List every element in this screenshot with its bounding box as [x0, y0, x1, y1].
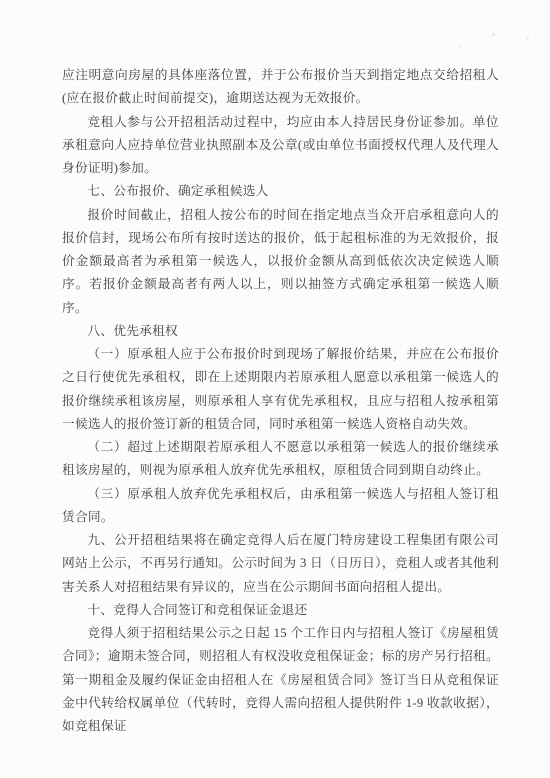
document-paragraph: （三）原承租人放弃优先承租权后，由承租第一候选人与招租人签订租赁合同。 — [62, 483, 499, 530]
document-paragraph: 竞得人须于招租结果公示之日起 15 个工作日内与招租人签订《房屋租赁合同》；逾期… — [62, 622, 499, 738]
section-heading: 十、竞得人合同签订和竞租保证金退还 — [62, 599, 499, 622]
scan-speck — [459, 46, 461, 48]
scanned-page: 应注明意向房屋的具体座落位置，并于公布报价当天到指定地点交给招租人(应在报价截止… — [0, 0, 550, 778]
section-heading: 八、优先承租权 — [62, 320, 499, 343]
document-paragraph: （二）超过上述期限若原承租人不愿意以承租第一候选人的报价继续承租该房屋的，则视为… — [62, 436, 499, 483]
document-paragraph: 竞租人参与公开招租活动过程中，均应由本人持居民身份证参加。单位承租意向人应持单位… — [62, 111, 499, 181]
document-paragraph: （一）原承租人应于公布报价时到现场了解报价结果，并应在公布报价之日行使优先承租权… — [62, 343, 499, 436]
scan-speck — [526, 37, 529, 39]
document-paragraph: 应注明意向房屋的具体座落位置，并于公布报价当天到指定地点交给招租人(应在报价截止… — [62, 64, 499, 111]
section-heading: 七、公布报价、确定承租候选人 — [62, 180, 499, 203]
scan-speck — [492, 33, 495, 36]
document-text: 应注明意向房屋的具体座落位置，并于公布报价当天到指定地点交给招租人(应在报价截止… — [62, 64, 499, 738]
document-paragraph: 九、公开招租结果将在确定竞得人后在厦门特房建设工程集团有限公司网站上公示，不再另… — [62, 529, 499, 599]
document-paragraph: 报价时间截止，招租人按公布的时间在指定地点当众开启承租意向人的报价信封，现场公布… — [62, 204, 499, 320]
